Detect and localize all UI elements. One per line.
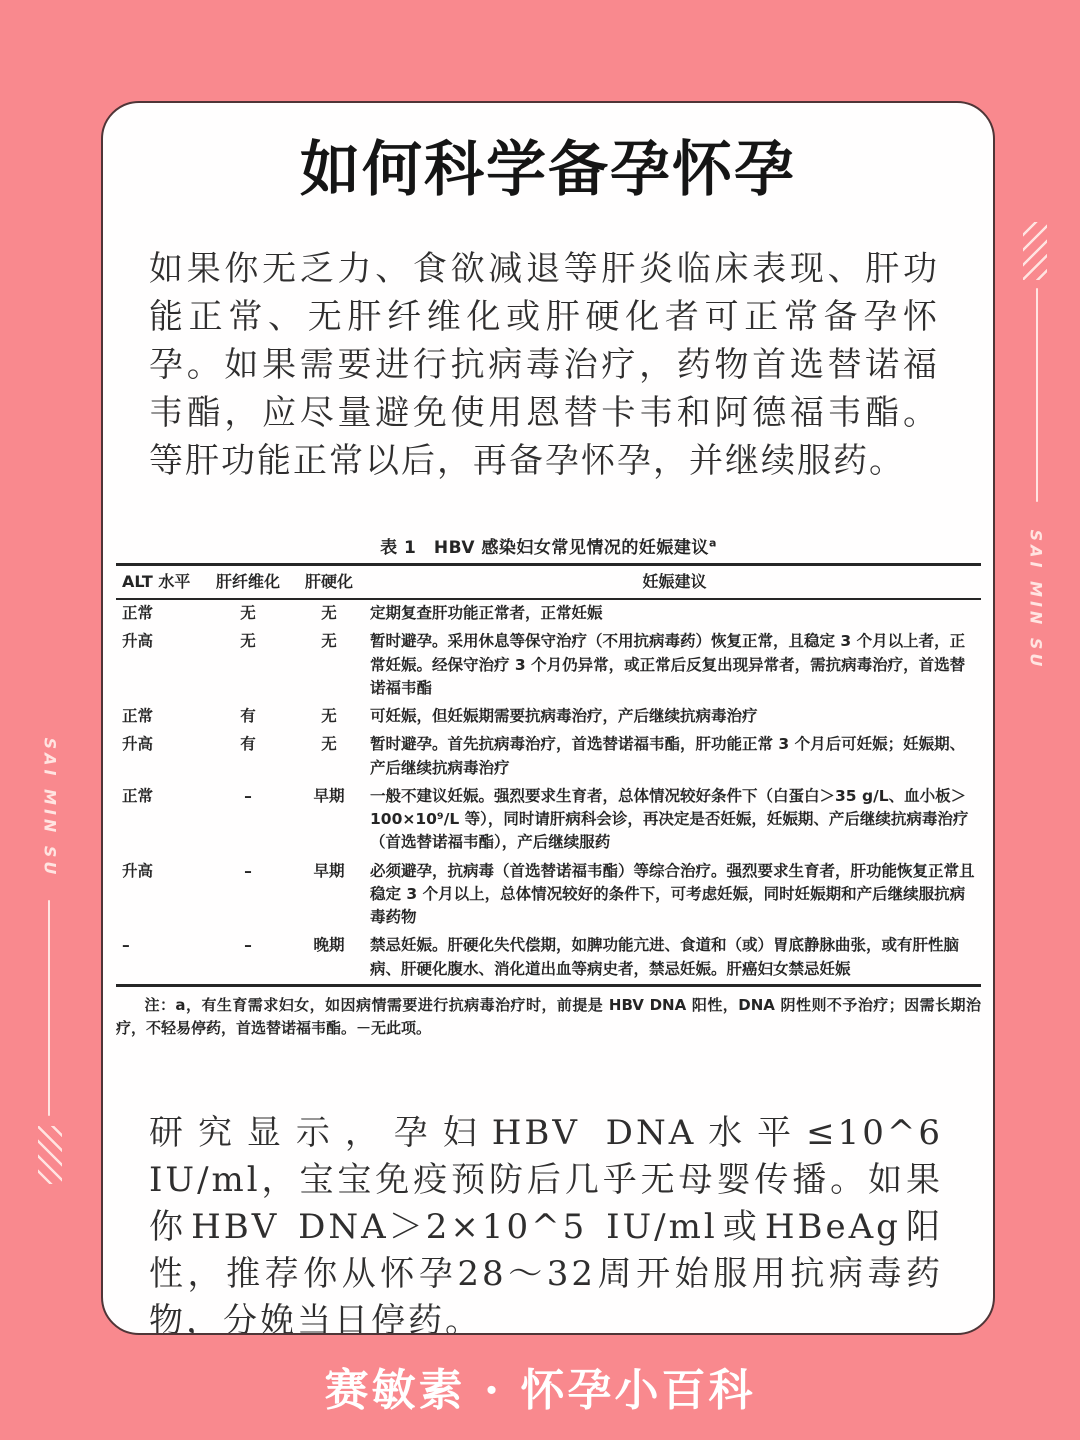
table-section: 表 1 HBV 感染妇女常见情况的妊娠建议a ALT 水平 肝纤维化 肝硬化 妊… bbox=[116, 533, 981, 1040]
table-cell: 无 bbox=[290, 731, 368, 783]
table-cell: 暂时避孕。采用休息等保守治疗（不用抗病毒药）恢复正常，且稳定 3 个月以上者，正… bbox=[368, 628, 981, 703]
table-cell: 必须避孕，抗病毒（首选替诺福韦酯）等综合治疗。强烈要求生育者，肝功能恢复正常且稳… bbox=[368, 858, 981, 933]
table-caption: 表 1 HBV 感染妇女常见情况的妊娠建议a bbox=[116, 533, 981, 558]
table-cell: – bbox=[206, 858, 290, 933]
table-cell: 有 bbox=[206, 731, 290, 783]
table-cell: 可妊娠，但妊娠期需要抗病毒治疗，产后继续抗病毒治疗 bbox=[368, 703, 981, 731]
table-cell: 早期 bbox=[290, 783, 368, 858]
intro-paragraph: 如果你无乏力、食欲减退等肝炎临床表现、肝功能正常、无肝纤维化或肝硬化者可正常备孕… bbox=[149, 245, 939, 485]
column-header-alt: ALT 水平 bbox=[116, 565, 206, 600]
table-row: 正常 – 早期 一般不建议妊娠。强烈要求生育者，总体情况较好条件下（白蛋白＞35… bbox=[116, 783, 981, 858]
table-cell: 正常 bbox=[116, 599, 206, 628]
table-caption-text: 表 1 HBV 感染妇女常见情况的妊娠建议 bbox=[380, 538, 709, 558]
dna-paragraph: 研究显示，孕妇HBV DNA水平≤10^6 IU/ml，宝宝免疫预防后几乎无母婴… bbox=[149, 1110, 943, 1335]
column-header-advice: 妊娠建议 bbox=[368, 565, 981, 600]
table-note: 注：a，有生育需求妇女，如因病情需要进行抗病毒治疗时，前提是 HBV DNA 阳… bbox=[116, 994, 981, 1041]
table-cell: 升高 bbox=[116, 628, 206, 703]
table-cell: 一般不建议妊娠。强烈要求生育者，总体情况较好条件下（白蛋白＞35 g/L、血小板… bbox=[368, 783, 981, 858]
table-row: 升高 有 无 暂时避孕。首先抗病毒治疗，首选替诺福韦酯，肝功能正常 3 个月后可… bbox=[116, 731, 981, 783]
table-row: 升高 无 无 暂时避孕。采用休息等保守治疗（不用抗病毒药）恢复正常，且稳定 3 … bbox=[116, 628, 981, 703]
table-cell: 正常 bbox=[116, 703, 206, 731]
divider-line-right bbox=[1036, 288, 1038, 502]
table-cell: 早期 bbox=[290, 858, 368, 933]
table-row: 正常 有 无 可妊娠，但妊娠期需要抗病毒治疗，产后继续抗病毒治疗 bbox=[116, 703, 981, 731]
footer-brand: 赛敏素 · 怀孕小百科 bbox=[0, 1354, 1080, 1418]
table-cell: 晚期 bbox=[290, 932, 368, 985]
hatch-marks-icon bbox=[38, 1126, 62, 1184]
hatch-marks-icon bbox=[1023, 222, 1047, 280]
table-header-row: ALT 水平 肝纤维化 肝硬化 妊娠建议 bbox=[116, 565, 981, 600]
page-title: 如何科学备孕怀孕 bbox=[123, 137, 973, 203]
content-card: 如何科学备孕怀孕 如果你无乏力、食欲减退等肝炎临床表现、肝功能正常、无肝纤维化或… bbox=[101, 101, 995, 1335]
table-row: 正常 无 无 定期复查肝功能正常者，正常妊娠 bbox=[116, 599, 981, 628]
table-row: – – 晚期 禁忌妊娠。肝硬化失代偿期，如脾功能亢进、食道和（或）胃底静脉曲张，… bbox=[116, 932, 981, 985]
table-cell: 暂时避孕。首先抗病毒治疗，首选替诺福韦酯，肝功能正常 3 个月后可妊娠；妊娠期、… bbox=[368, 731, 981, 783]
table-cell: 无 bbox=[290, 599, 368, 628]
table-cell: 禁忌妊娠。肝硬化失代偿期，如脾功能亢进、食道和（或）胃底静脉曲张，或有肝性脑病、… bbox=[368, 932, 981, 985]
table-cell: 定期复查肝功能正常者，正常妊娠 bbox=[368, 599, 981, 628]
recommendation-table: ALT 水平 肝纤维化 肝硬化 妊娠建议 正常 无 无 定期复查肝功能正常者，正… bbox=[116, 563, 981, 987]
table-cell: 有 bbox=[206, 703, 290, 731]
table-cell: – bbox=[206, 932, 290, 985]
table-cell: 无 bbox=[290, 628, 368, 703]
table-cell: – bbox=[116, 932, 206, 985]
table-cell: 升高 bbox=[116, 858, 206, 933]
table-cell: – bbox=[206, 783, 290, 858]
column-header-cirrhosis: 肝硬化 bbox=[290, 565, 368, 600]
table-cell: 无 bbox=[206, 599, 290, 628]
table-cell: 无 bbox=[290, 703, 368, 731]
divider-line-left bbox=[48, 900, 50, 1116]
vertical-brand-left: SAI MIN SU bbox=[41, 738, 60, 879]
table-caption-superscript: a bbox=[709, 536, 717, 549]
table-cell: 升高 bbox=[116, 731, 206, 783]
table-cell: 正常 bbox=[116, 783, 206, 858]
vertical-brand-right: SAI MIN SU bbox=[1027, 530, 1046, 671]
column-header-fibrosis: 肝纤维化 bbox=[206, 565, 290, 600]
table-cell: 无 bbox=[206, 628, 290, 703]
table-row: 升高 – 早期 必须避孕，抗病毒（首选替诺福韦酯）等综合治疗。强烈要求生育者，肝… bbox=[116, 858, 981, 933]
